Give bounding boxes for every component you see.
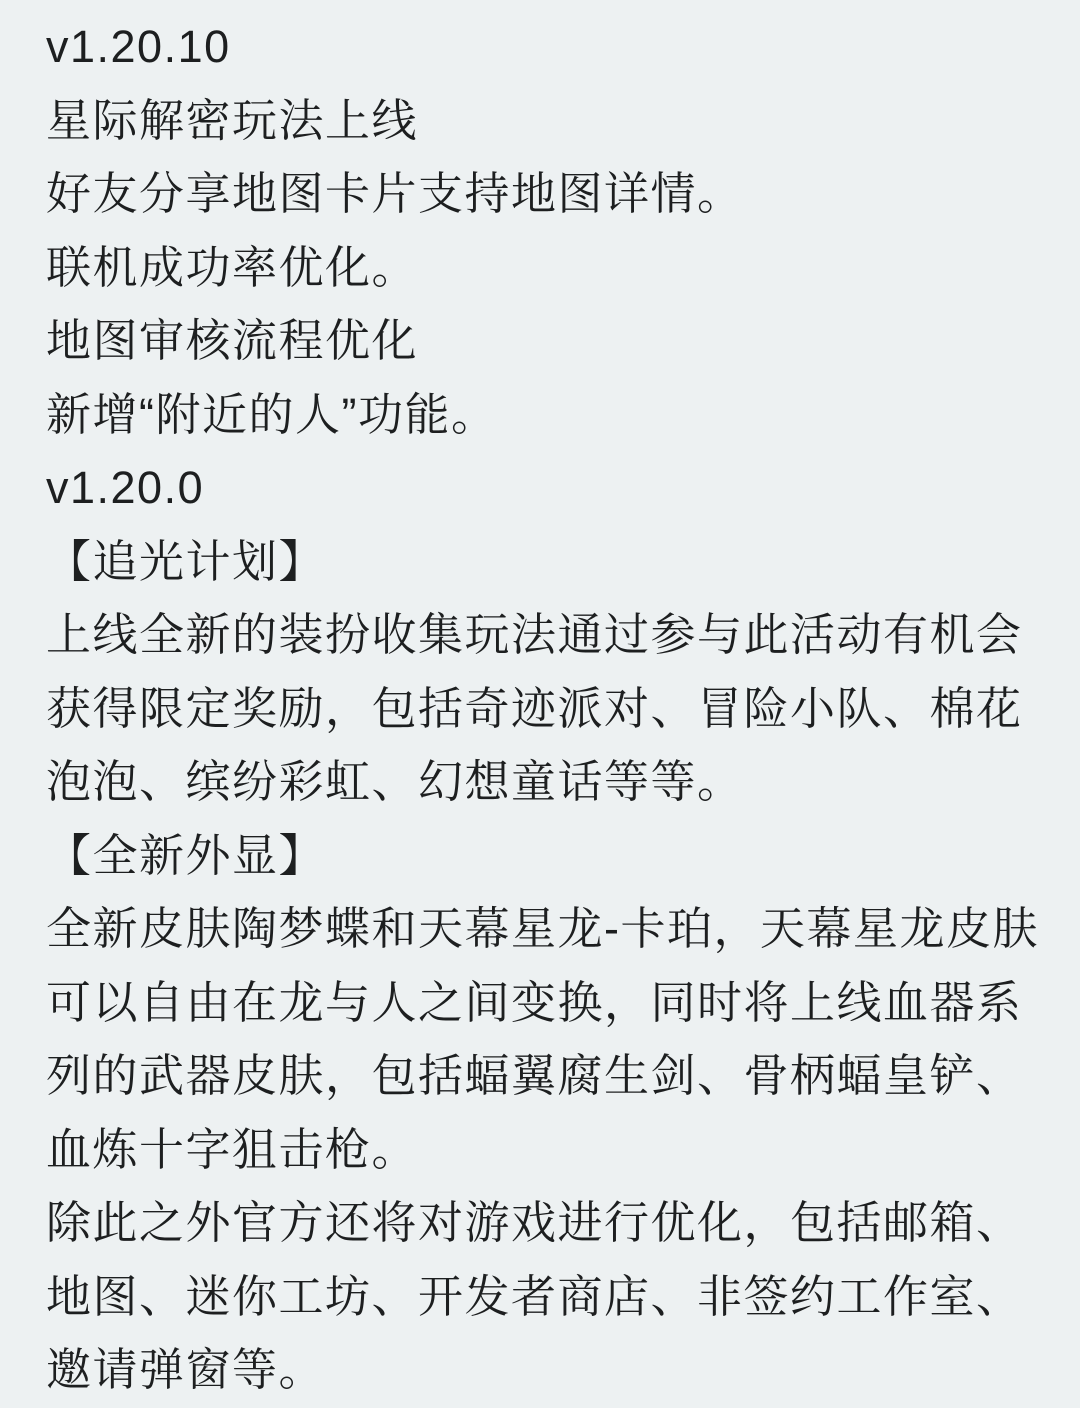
changelog-line: 列的武器皮肤，包括蝠翼腐生剑、骨柄蝠皇铲、 xyxy=(46,1039,1052,1113)
changelog-line: 新增“附近的人”功能。 xyxy=(46,378,1052,452)
changelog-line: 地图、迷你工坊、开发者商店、非签约工作室、 xyxy=(46,1260,1052,1334)
changelog-line: 全新皮肤陶梦蝶和天幕星龙-卡珀，天幕星龙皮肤 xyxy=(46,892,1052,966)
changelog-line: 联机成功率优化。 xyxy=(46,231,1052,305)
version-heading: v1.20.0 xyxy=(46,451,1052,525)
changelog-line: 可以自由在龙与人之间变换，同时将上线血器系 xyxy=(46,966,1052,1040)
changelog-line: 泡泡、缤纷彩虹、幻想童话等等。 xyxy=(46,745,1052,819)
section-heading: 【追光计划】 xyxy=(46,525,1052,599)
changelog-line: 血炼十字狙击枪。 xyxy=(46,1113,1052,1187)
changelog-line: 地图审核流程优化 xyxy=(46,304,1052,378)
section-heading: 【全新外显】 xyxy=(46,819,1052,893)
changelog-line: 邀请弹窗等。 xyxy=(46,1333,1052,1407)
changelog-line: 获得限定奖励，包括奇迹派对、冒险小队、棉花 xyxy=(46,672,1052,746)
changelog-line: 星际解密玩法上线 xyxy=(46,84,1052,158)
changelog-line: 除此之外官方还将对游戏进行优化，包括邮箱、 xyxy=(46,1186,1052,1260)
changelog-line: 好友分享地图卡片支持地图详情。 xyxy=(46,157,1052,231)
changelog-line: 上线全新的装扮收集玩法通过参与此活动有机会 xyxy=(46,598,1052,672)
version-heading: v1.20.10 xyxy=(46,10,1052,84)
changelog-scroll-area[interactable]: v1.20.10 星际解密玩法上线 好友分享地图卡片支持地图详情。 联机成功率优… xyxy=(0,0,1080,1408)
